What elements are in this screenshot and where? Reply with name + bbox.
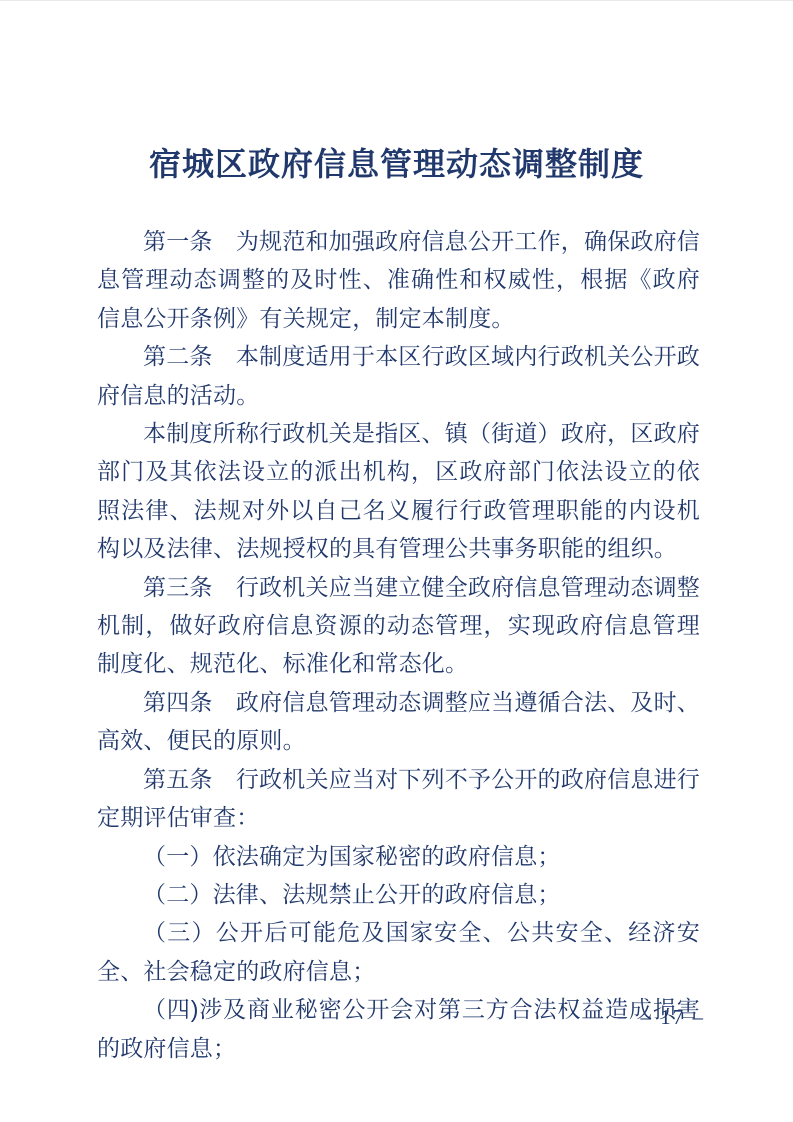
document-body: 第一条 为规范和加强政府信息公开工作，确保政府信息管理动态调整的及时性、准确性和… (97, 222, 700, 1067)
paragraph: 第二条 本制度适用于本区行政区域内行政机关公开政府信息的活动。 (97, 337, 700, 414)
body-paragraphs: 第一条 为规范和加强政府信息公开工作，确保政府信息管理动态调整的及时性、准确性和… (97, 222, 700, 837)
list-item: （二）法律、法规禁止公开的政府信息； (97, 875, 700, 913)
list-item: （三）公开后可能危及国家安全、公共安全、经济安全、社会稳定的政府信息； (97, 913, 700, 990)
page-number: – 17 – (0, 1005, 793, 1030)
document-page: 宿城区政府信息管理动态调整制度 第一条 为规范和加强政府信息公开工作，确保政府信… (0, 0, 793, 1122)
paragraph: 第一条 为规范和加强政府信息公开工作，确保政府信息管理动态调整的及时性、准确性和… (97, 222, 700, 337)
list-item: （一）依法确定为国家秘密的政府信息； (97, 837, 700, 875)
paragraph: 第四条 政府信息管理动态调整应当遵循合法、及时、高效、便民的原则。 (97, 683, 700, 760)
paragraph: 第五条 行政机关应当对下列不予公开的政府信息进行定期评估审查： (97, 760, 700, 837)
review-list: （一）依法确定为国家秘密的政府信息；（二）法律、法规禁止公开的政府信息；（三）公… (97, 837, 700, 1067)
document-title: 宿城区政府信息管理动态调整制度 (0, 1, 793, 186)
paragraph: 第三条 行政机关应当建立健全政府信息管理动态调整机制，做好政府信息资源的动态管理… (97, 568, 700, 683)
paragraph: 本制度所称行政机关是指区、镇（街道）政府，区政府部门及其依法设立的派出机构，区政… (97, 414, 700, 568)
